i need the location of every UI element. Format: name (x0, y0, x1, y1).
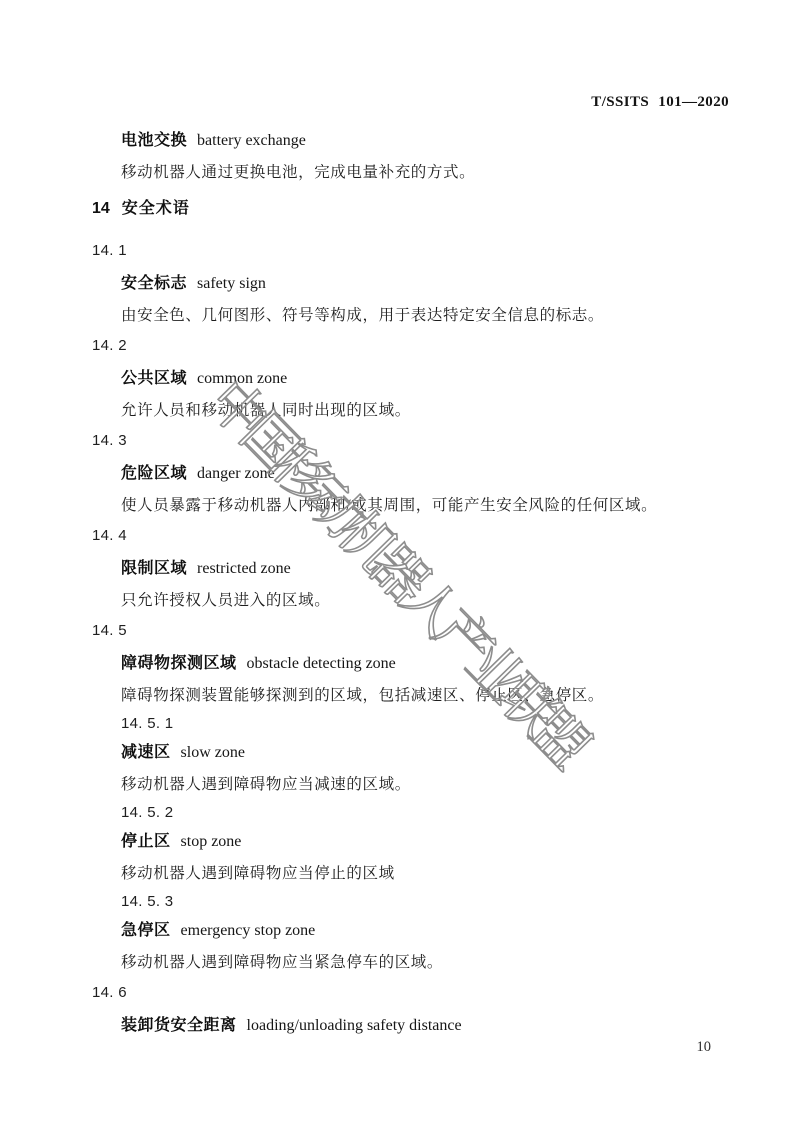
clause-number: 14. 2 (92, 337, 127, 354)
document-page: T/SSITS 101—2020 中国移动机器人产业联盟 电池交换battery… (0, 0, 800, 1132)
term-heading: 安全标志safety sign (121, 275, 266, 293)
term-heading: 装卸货安全距离loading/unloading safety distance (121, 1017, 462, 1035)
term-zh: 限制区域 (121, 560, 187, 577)
chapter-number: 14 (92, 200, 110, 217)
subclause-number: 14. 5. 2 (121, 804, 173, 821)
term-en: battery exchange (197, 132, 306, 149)
term-heading: 公共区域common zone (121, 370, 287, 388)
term-heading: 减速区slow zone (121, 744, 245, 762)
term-en: restricted zone (197, 560, 291, 577)
term-en: obstacle detecting zone (247, 655, 396, 672)
term-en: slow zone (181, 744, 245, 761)
subclause-number: 14. 5. 1 (121, 715, 173, 732)
clause-number: 14. 1 (92, 242, 127, 259)
definition-paragraph: 使人员暴露于移动机器人内部和/或其周围，可能产生安全风险的任何区域。 (121, 497, 657, 514)
chapter-heading: 14安全术语 (92, 200, 190, 217)
term-heading: 电池交换battery exchange (121, 132, 306, 150)
term-zh: 减速区 (121, 744, 171, 761)
page-number: 10 (697, 1039, 712, 1056)
term-en: common zone (197, 370, 287, 387)
subclause-number: 14. 5. 3 (121, 893, 173, 910)
term-zh: 电池交换 (121, 132, 187, 149)
clause-number: 14. 6 (92, 984, 127, 1001)
term-heading: 急停区emergency stop zone (121, 922, 315, 940)
clause-number: 14. 5 (92, 622, 127, 639)
term-heading: 限制区域restricted zone (121, 560, 291, 578)
term-zh: 公共区域 (121, 370, 187, 387)
definition-paragraph: 移动机器人遇到障碍物应当紧急停车的区域。 (121, 954, 443, 971)
definition-paragraph: 只允许授权人员进入的区域。 (121, 592, 330, 609)
term-heading: 障碍物探测区域obstacle detecting zone (121, 655, 396, 673)
definition-paragraph: 障碍物探测装置能够探测到的区域，包括减速区、停止区、急停区。 (121, 687, 604, 704)
term-zh: 安全标志 (121, 275, 187, 292)
definition-paragraph: 移动机器人遇到障碍物应当减速的区域。 (121, 776, 411, 793)
definition-paragraph: 移动机器人遇到障碍物应当停止的区域 (121, 865, 395, 882)
clause-number: 14. 3 (92, 432, 127, 449)
term-heading: 停止区stop zone (121, 833, 241, 851)
term-heading: 危险区域danger zone (121, 465, 275, 483)
clause-number: 14. 4 (92, 527, 127, 544)
chapter-title: 安全术语 (122, 200, 190, 217)
term-en: loading/unloading safety distance (247, 1017, 462, 1034)
definition-paragraph: 移动机器人通过更换电池，完成电量补充的方式。 (121, 164, 475, 181)
term-en: safety sign (197, 275, 266, 292)
term-zh: 障碍物探测区域 (121, 655, 237, 672)
term-zh: 急停区 (121, 922, 171, 939)
term-zh: 装卸货安全距离 (121, 1017, 237, 1034)
definition-paragraph: 由安全色、几何图形、符号等构成，用于表达特定安全信息的标志。 (121, 307, 604, 324)
term-en: danger zone (197, 465, 275, 482)
document-lines: 电池交换battery exchange移动机器人通过更换电池，完成电量补充的方… (92, 132, 742, 1049)
term-en: emergency stop zone (181, 922, 316, 939)
term-zh: 危险区域 (121, 465, 187, 482)
doc-code: T/SSITS 101—2020 (591, 94, 729, 111)
term-zh: 停止区 (121, 833, 171, 850)
definition-paragraph: 允许人员和移动机器人同时出现的区域。 (121, 402, 411, 419)
term-en: stop zone (181, 833, 242, 850)
